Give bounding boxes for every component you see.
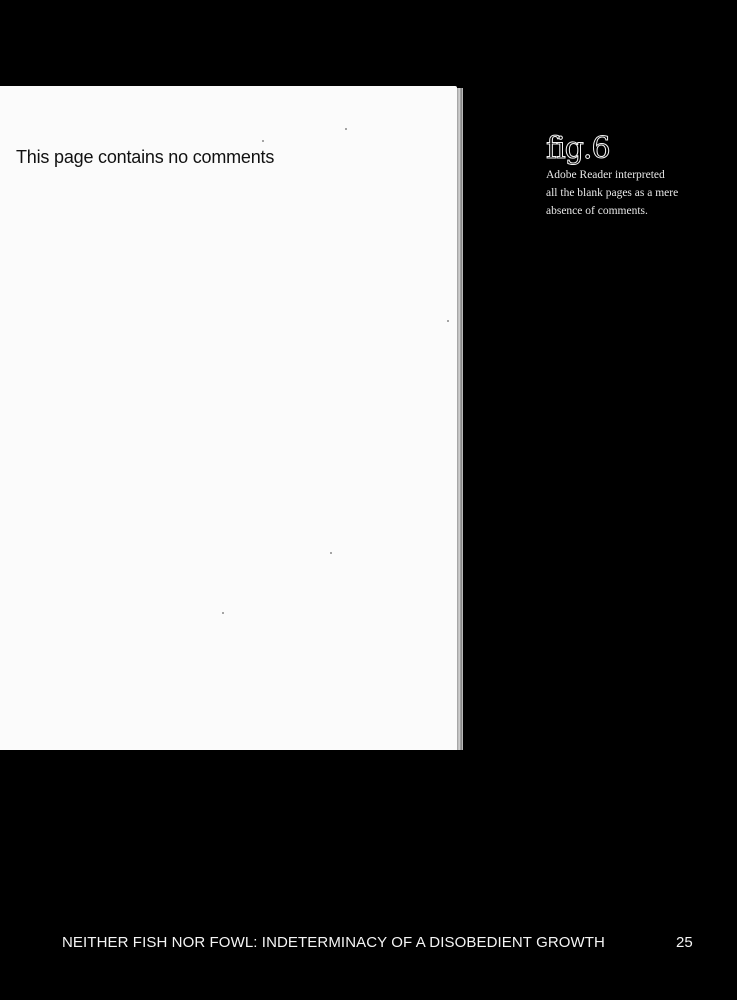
figure-label: fig.6 xyxy=(546,132,716,166)
figure-caption: Adobe Reader interpreted all the blank p… xyxy=(546,166,716,220)
dust-speck xyxy=(330,552,332,554)
dust-speck xyxy=(345,128,347,130)
dust-speck xyxy=(222,612,224,614)
caption-line: Adobe Reader interpreted xyxy=(546,166,716,184)
page-edge xyxy=(457,88,463,750)
caption-line: all the blank pages as a mere xyxy=(546,184,716,202)
figure-caption-block: fig.6 Adobe Reader interpreted all the b… xyxy=(546,132,716,220)
dust-speck xyxy=(447,320,449,322)
caption-line: absence of comments. xyxy=(546,202,716,220)
no-comments-message: This page contains no comments xyxy=(16,147,274,168)
dust-speck xyxy=(262,140,264,142)
running-title: NEITHER FISH NOR FOWL: INDETERMINACY OF … xyxy=(62,934,605,951)
page-number: 25 xyxy=(676,934,693,951)
scanned-blank-page xyxy=(0,86,457,750)
